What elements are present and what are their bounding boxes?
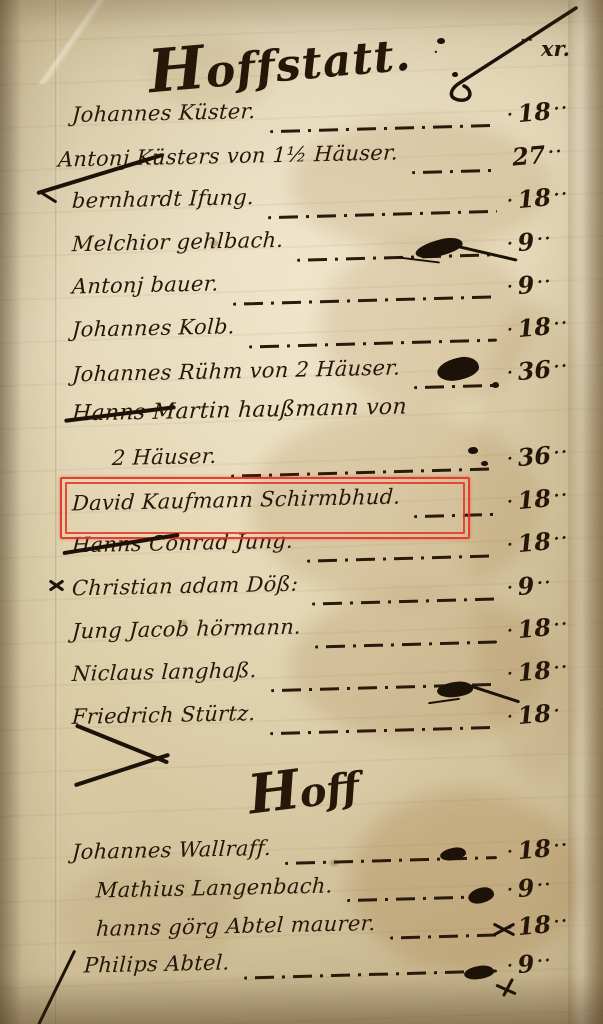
entry-row: hanns görg Abtel maurer. ·18··: [0, 910, 603, 948]
entry-row: bernhardt Ifung. ·18··: [0, 183, 603, 226]
entry-amount: 18: [516, 96, 552, 128]
entry-name: Johannes Küster.: [71, 99, 256, 127]
entry-amount: 18: [516, 655, 552, 687]
entry-name: Philips Abtel.: [83, 950, 230, 977]
entry-dots-suffix: ··: [553, 313, 570, 333]
entry-dots-prefix: ·: [506, 363, 513, 382]
entry-name2: 2 Häuser.: [111, 444, 217, 470]
entry-name: Johannes Wallraff.: [71, 836, 271, 864]
entry-dots-suffix: ··: [536, 572, 553, 592]
entry-line1: Niclaus langhaß. ·18··: [72, 656, 577, 699]
entry-amount: 18: [516, 526, 552, 558]
entry-value: ·18··: [506, 524, 578, 559]
entry-dots-prefix: ·: [506, 320, 513, 339]
leader-dashes: [315, 640, 497, 648]
entry-amount: 9: [516, 270, 535, 300]
entry-dots-suffix: ··: [553, 485, 570, 505]
leader-dashes: [414, 384, 497, 389]
entry-dots-suffix: ··: [547, 141, 564, 161]
entry-value: ·9··: [506, 869, 578, 904]
ink-dot: [481, 461, 488, 466]
entry-row: David Kaufmann Schirmbhud. ·18··: [0, 484, 603, 527]
leader-dashes: [249, 339, 497, 349]
entry-amount: 18: [516, 483, 552, 515]
entry-amount: 18: [516, 612, 552, 644]
entry-dots-prefix: ·: [506, 707, 513, 726]
entry-dots-suffix: ··: [553, 528, 570, 548]
leader-dashes: [270, 726, 497, 735]
entry-name: Mathius Langenbach.: [95, 874, 333, 903]
entry-dots-prefix: ·: [506, 105, 513, 124]
entry-name: Johannes Kolb.: [71, 314, 235, 341]
entry-line1: Jung Jacob hörmann. ·18··: [72, 613, 577, 656]
entry-value: ·18··: [506, 94, 578, 129]
entry-amount: 36: [516, 354, 552, 386]
entry-dots-prefix: ·: [506, 664, 513, 683]
entry-row: Johannes Wallraff. ·18··: [0, 834, 603, 872]
entry-dots-suffix: ··: [536, 228, 553, 248]
entry-line1: Hanns Martin haußmann von: [72, 398, 577, 441]
entry-dots-prefix: ·: [506, 842, 513, 861]
entry-amount: 9: [516, 227, 535, 257]
entry-value: ·9··: [506, 567, 578, 602]
entry-dots-suffix: ··: [553, 98, 570, 118]
entry-dots-suffix: ··: [553, 442, 570, 462]
entry-name: bernhardt Ifung.: [71, 185, 254, 213]
entry-value: ·18··: [506, 180, 578, 215]
entry-dots-suffix: ··: [553, 911, 570, 931]
entry-dots-suffix: ·: [553, 700, 562, 720]
entry-line1: Philips Abtel. ·9··: [84, 948, 577, 986]
entry-dots-prefix: ·: [506, 621, 513, 640]
entry-line1: Johannes Rühm von 2 Häuser. ·36··: [72, 355, 577, 398]
highlight-annotation-box-inner: [65, 482, 465, 534]
entry-amount: 18: [516, 182, 552, 214]
manuscript-page: · ·· xr. Hoffstatt. Johannes Küster. ·18…: [0, 0, 603, 1024]
entry-row: Johannes Küster. ·18··: [0, 97, 603, 140]
entry-row: Friedrich Stürtz. ·18·: [0, 699, 603, 742]
entry-dots-prefix: ·: [506, 880, 513, 899]
entry-dots-suffix: ··: [553, 657, 570, 677]
entry-value: ·18··: [506, 610, 578, 645]
entry-row: Melchior gehlbach. ·9··: [0, 226, 603, 269]
entry-value: ·9··: [506, 266, 578, 301]
entry-value: ·18··: [506, 309, 578, 344]
entry-name: Friedrich Stürtz.: [71, 701, 256, 729]
leader-dashes: [307, 554, 497, 562]
leader-dashes: [233, 295, 497, 305]
entry-name: Antonj Küsters von 1½ Häuser.: [57, 140, 398, 171]
entry-amount: 18: [516, 698, 552, 730]
leader-dashes: [270, 124, 497, 133]
entry-dots-prefix: ·: [506, 956, 513, 975]
leader-dashes: [285, 856, 497, 865]
leader-dashes: [268, 210, 497, 219]
entry-dots-suffix: ··: [553, 835, 570, 855]
register-section: Hoffstatt. Johannes Küster. ·18·· Antonj…: [0, 0, 603, 742]
highlight-annotation-box: [60, 477, 470, 539]
entry-dots-suffix: ··: [536, 874, 553, 894]
entry-dots-suffix: ··: [553, 184, 570, 204]
entry-value: 27··: [506, 137, 578, 172]
ink-dot: [452, 72, 458, 77]
entry-line1: Johannes Wallraff. ·18··: [72, 834, 577, 872]
section-title-wrap: Hoffstatt.: [0, 0, 603, 97]
entry-amount: 18: [516, 909, 552, 941]
leader-dashes: [244, 969, 497, 979]
entry-name: Antonj bauer.: [71, 271, 219, 298]
entry-name: Johannes Rühm von 2 Häuser.: [71, 356, 400, 387]
leader-dashes: [312, 597, 497, 605]
entry-row: Johannes Rühm von 2 Häuser. ·36··: [0, 355, 603, 398]
entry-name: Jung Jacob hörmann.: [71, 615, 301, 644]
entry-row: Jung Jacob hörmann. ·18··: [0, 613, 603, 656]
entry-line1: bernhardt Ifung. ·18··: [72, 183, 577, 226]
entry-value: ·36··: [506, 438, 578, 473]
section-title-wrap: Hoff: [0, 742, 603, 834]
entry-line1: Johannes Küster. ·18··: [72, 97, 577, 140]
entry-name: Hanns Martin haußmann von: [71, 394, 407, 426]
entry-row: Johannes Kolb. ·18··: [0, 312, 603, 355]
entry-amount: 9: [516, 873, 535, 903]
entry-line1: Johannes Kolb. ·18··: [72, 312, 577, 355]
entry-row: Niclaus langhaß. ·18··: [0, 656, 603, 699]
entry-value: ·9··: [506, 223, 578, 258]
entry-dots-prefix: [506, 148, 508, 167]
section-title: Hoffstatt.: [145, 15, 413, 108]
entry-dots-prefix: ·: [506, 277, 513, 296]
entry-dots-prefix: ·: [506, 191, 513, 210]
entry-row: Hanns Martin haußmann von 2 Häuser. ·36·…: [0, 398, 603, 484]
entry-line1: Friedrich Stürtz. ·18·: [72, 699, 577, 742]
entry-list: Johannes Wallraff. ·18·· Mathius Langenb…: [0, 834, 603, 986]
ink-dot: [492, 382, 499, 388]
entry-value: ·18··: [506, 653, 578, 688]
entry-amount: 36: [516, 440, 552, 472]
entry-value: ·36··: [506, 352, 578, 387]
entry-dots-suffix: ··: [536, 950, 553, 970]
leader-dashes: [390, 934, 497, 940]
entry-dots-prefix: ·: [506, 492, 513, 511]
entry-line1: Christian adam Döß: ·9··: [72, 570, 577, 613]
entry-amount: 27: [511, 140, 547, 172]
entry-value: ·18··: [506, 907, 578, 942]
leader-dashes: [412, 169, 497, 174]
entry-name: Christian adam Döß:: [71, 572, 298, 601]
entry-line1: Melchior gehlbach. ·9··: [72, 226, 577, 269]
entry-value: ·18··: [506, 831, 578, 866]
entry-amount: 18: [516, 833, 552, 865]
entry-line1: Mathius Langenbach. ·9··: [96, 872, 577, 910]
entry-dots-suffix: ··: [553, 356, 570, 376]
entry-amount: 9: [516, 949, 535, 979]
entry-amount: 9: [516, 571, 535, 601]
entry-name: Niclaus langhaß.: [71, 658, 257, 686]
entry-line1: Antonj bauer. ·9··: [72, 269, 577, 312]
entry-dots-suffix: ··: [553, 614, 570, 634]
entry-name: hanns görg Abtel maurer.: [95, 911, 376, 941]
ink-dot: [468, 447, 478, 454]
section-title: Hoff: [245, 749, 363, 826]
entry-row: Antonj bauer. ·9··: [0, 269, 603, 312]
entry-dots-suffix: ··: [536, 271, 553, 291]
entry-row: Christian adam Döß: ·9··: [0, 570, 603, 613]
entry-row: Mathius Langenbach. ·9··: [0, 872, 603, 910]
entry-dots-prefix: ·: [506, 535, 513, 554]
entry-amount: 18: [516, 311, 552, 343]
entry-value: ·18··: [506, 481, 578, 516]
entry-name: Melchior gehlbach.: [71, 228, 284, 256]
sections: Hoffstatt. Johannes Küster. ·18·· Antonj…: [0, 0, 603, 986]
ink-dot: [437, 38, 445, 44]
entry-dots-prefix: ·: [506, 234, 513, 253]
entry-dots-prefix: ·: [506, 578, 513, 597]
entry-value: ·9··: [506, 945, 578, 980]
entry-dots-prefix: ·: [506, 449, 513, 468]
